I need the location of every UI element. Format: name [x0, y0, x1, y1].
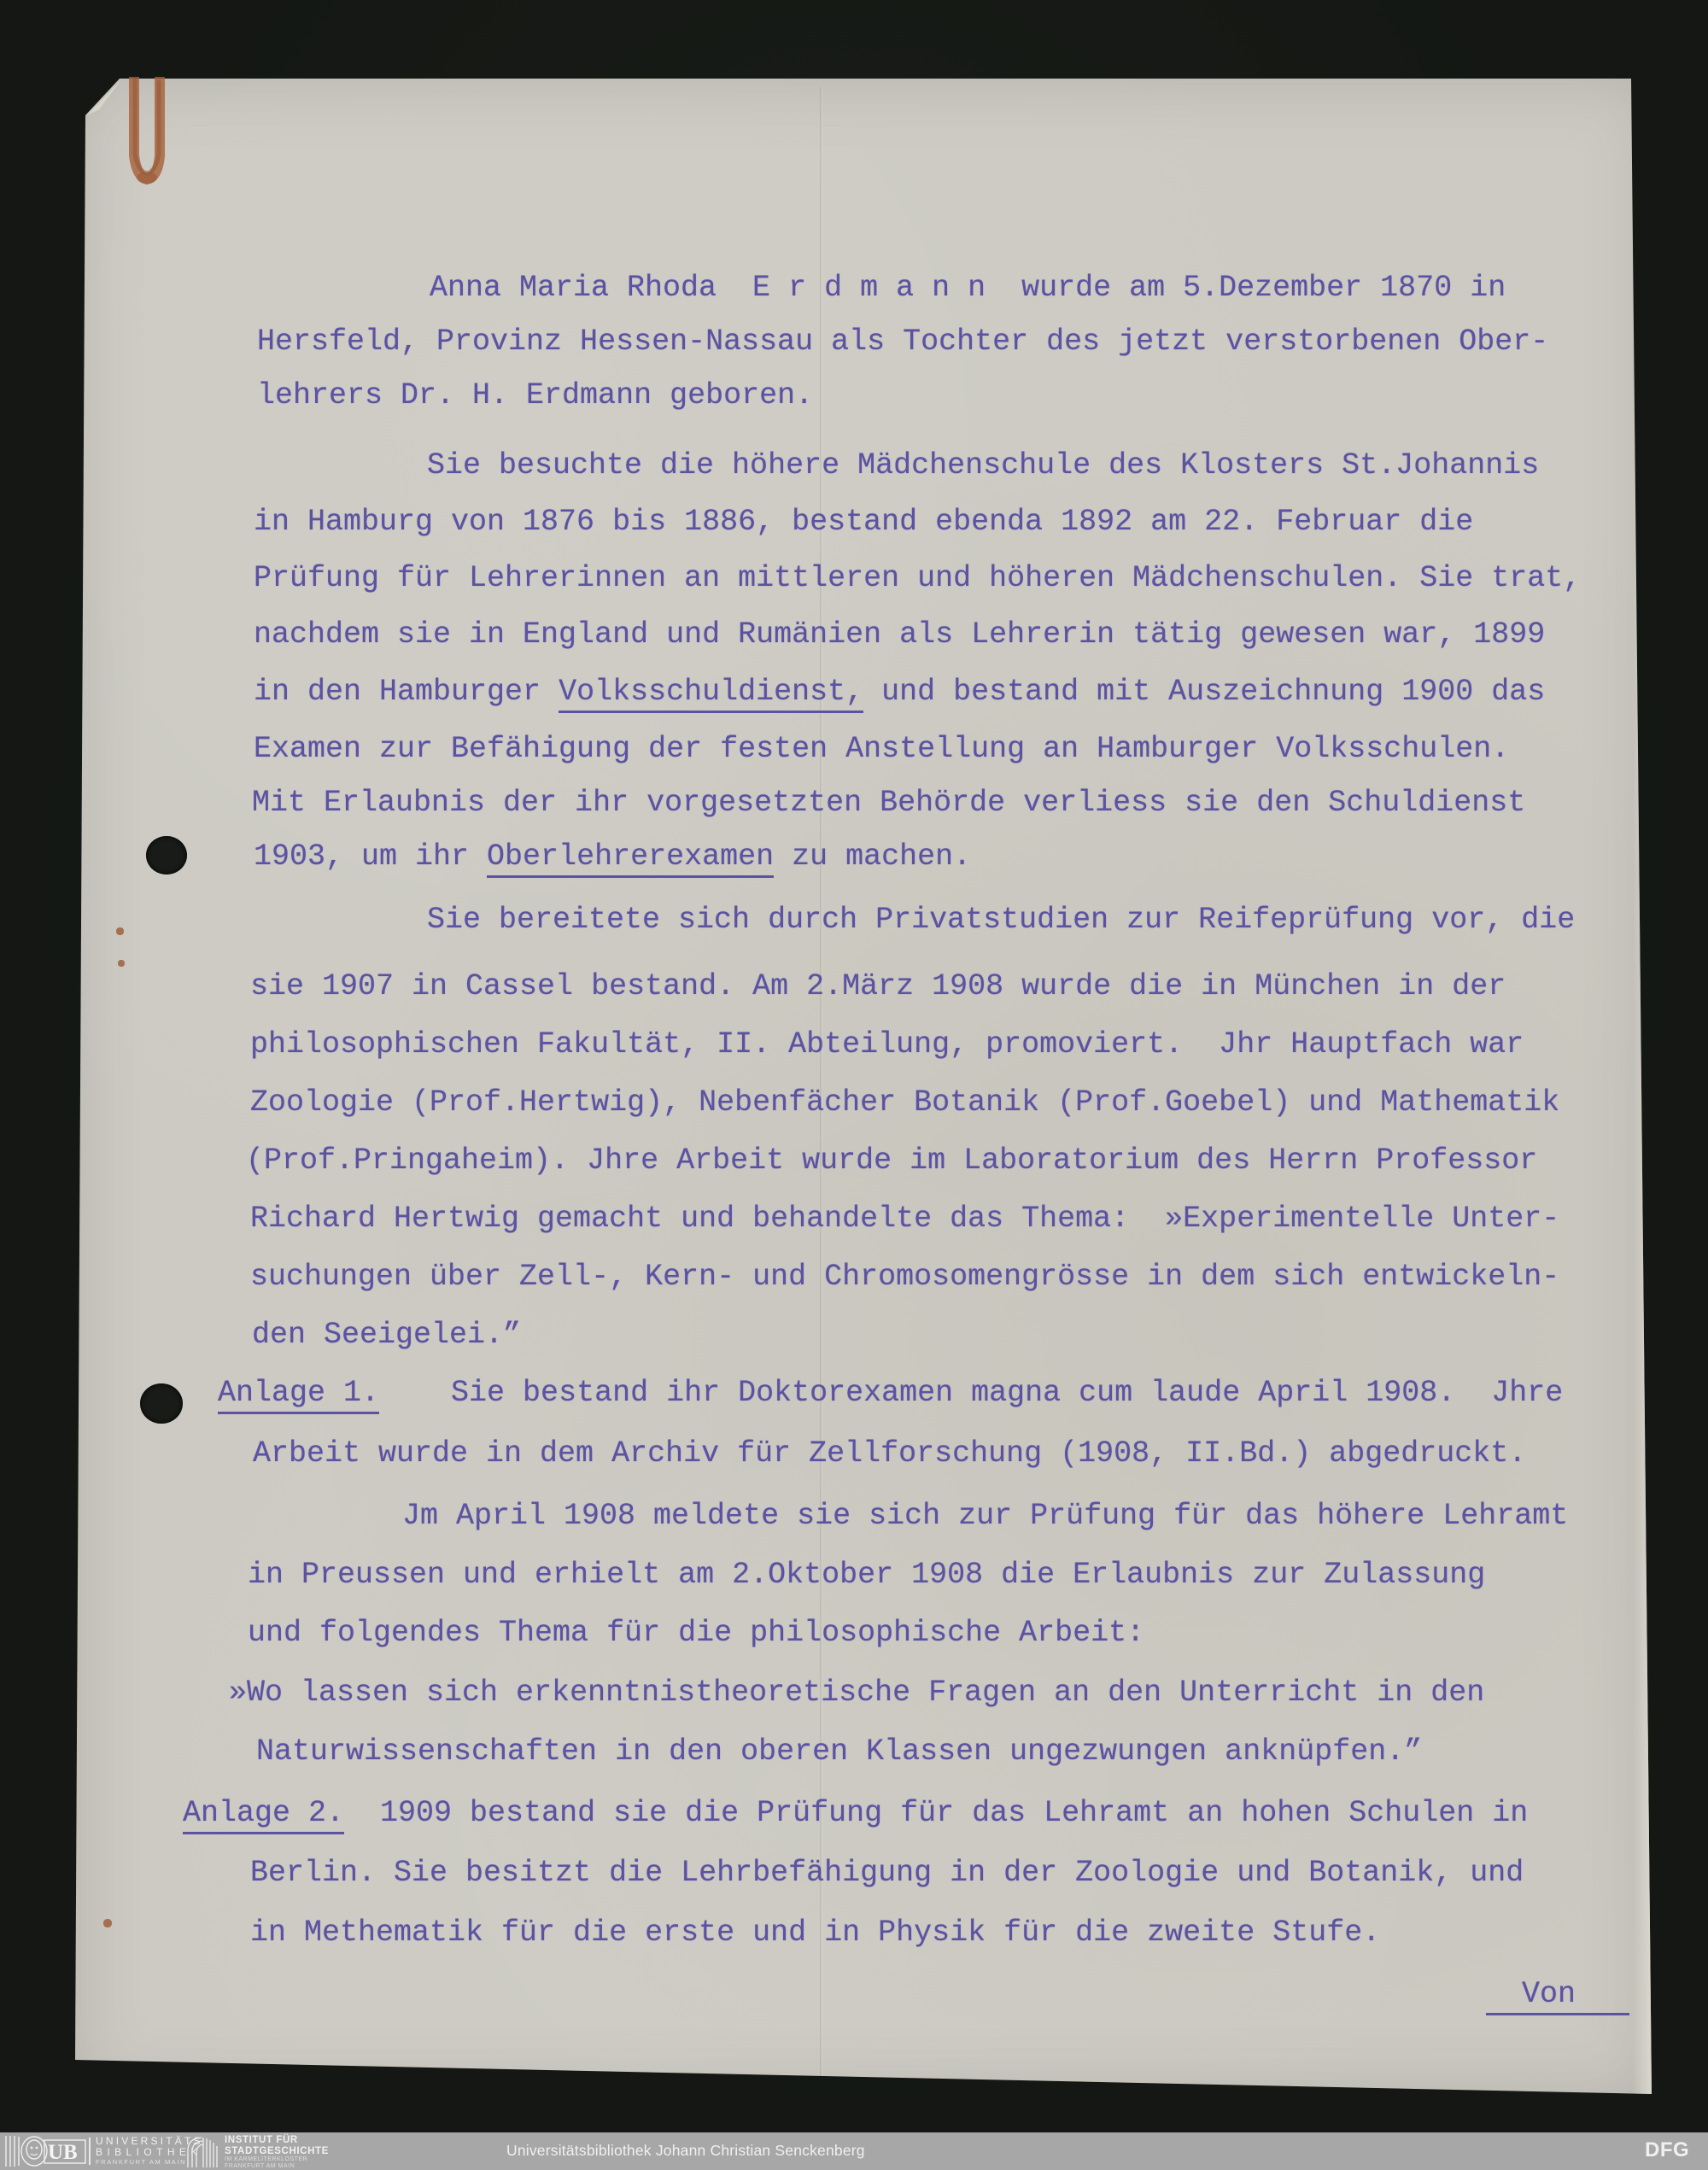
- institut-line3: IM KARMELITERKLOSTER: [225, 2156, 329, 2163]
- institut-line1: INSTITUT FÜR: [225, 2135, 329, 2146]
- library-title: Universitätsbibliothek Johann Christian …: [506, 2142, 865, 2160]
- footer-divider: [89, 2138, 91, 2165]
- institut-name: INSTITUT FÜR STADTGESCHICHTE IM KARMELIT…: [225, 2135, 329, 2170]
- ub-library-logo-icon: UB: [3, 2134, 89, 2168]
- rust-speck: [116, 927, 124, 935]
- rust-stain-icon: [122, 77, 175, 198]
- institut-arch-logo-icon: [184, 2135, 220, 2167]
- dog-ear-fold: [87, 80, 126, 118]
- dfg-logo: DFG: [1645, 2138, 1689, 2162]
- punch-hole: [140, 1383, 183, 1424]
- paper-edge-highlight: [1629, 207, 1652, 2094]
- scan-background: Anna Maria Rhoda E r d m a n n wurde am …: [0, 0, 1708, 2170]
- rust-speck: [103, 1919, 112, 1927]
- institut-line2: STADTGESCHICHTE: [225, 2146, 329, 2157]
- paper-sheet: [75, 79, 1652, 2097]
- paper-crease: [820, 87, 822, 2077]
- punch-hole: [146, 836, 187, 874]
- footer-bar: UB UNIVERSITÄTS BIBLIOTHEK FRANKFURT AM …: [0, 2132, 1708, 2170]
- rust-speck: [118, 960, 125, 967]
- ub-logo-letters: UB: [48, 2141, 78, 2164]
- institut-line4: FRANKFURT AM MAIN: [225, 2163, 329, 2170]
